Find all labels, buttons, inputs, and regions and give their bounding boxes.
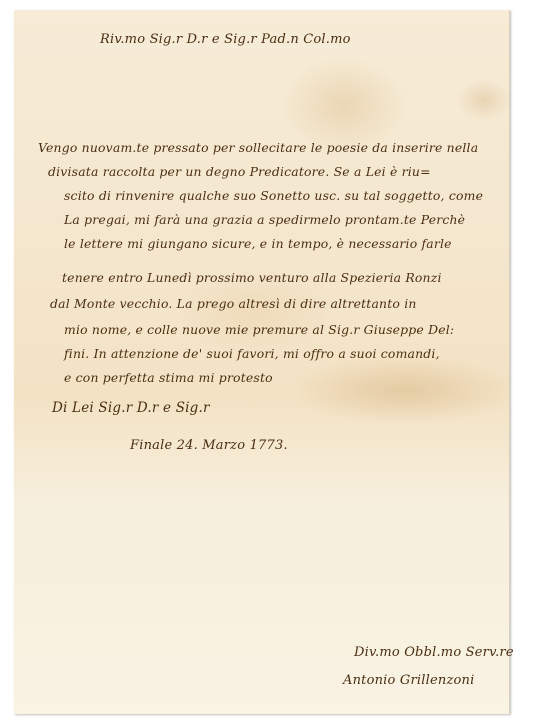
letter-page: [14, 10, 510, 714]
body-line: le lettere mi giungano sicure, e in temp…: [64, 236, 452, 251]
signature: Antonio Grillenzoni: [343, 673, 474, 688]
body-line: mio nome, e colle nuove mie premure al S…: [64, 322, 454, 337]
body-line: Di Lei Sig.r D.r e Sig.r: [52, 400, 210, 416]
place-date: Finale 24. Marzo 1773.: [130, 438, 288, 453]
body-line: Vengo nuovam.te pressato per sollecitare…: [38, 140, 478, 155]
body-line: e con perfetta stima mi protesto: [64, 370, 273, 385]
closing-formula: Div.mo Obbl.mo Serv.re: [354, 645, 514, 660]
body-line: tenere entro Lunedì prossimo venturo all…: [62, 270, 442, 285]
body-line: scito di rinvenire qualche suo Sonetto u…: [64, 188, 483, 203]
salutation: Riv.mo Sig.r D.r e Sig.r Pad.n Col.mo: [100, 32, 351, 47]
body-line: divisata raccolta per un degno Predicato…: [48, 164, 431, 179]
body-line: La pregai, mi farà una grazia a spedirme…: [64, 212, 465, 227]
body-line: fini. In attenzione de' suoi favori, mi …: [64, 346, 440, 361]
body-line: dal Monte vecchio. La prego altresì di d…: [50, 296, 417, 311]
